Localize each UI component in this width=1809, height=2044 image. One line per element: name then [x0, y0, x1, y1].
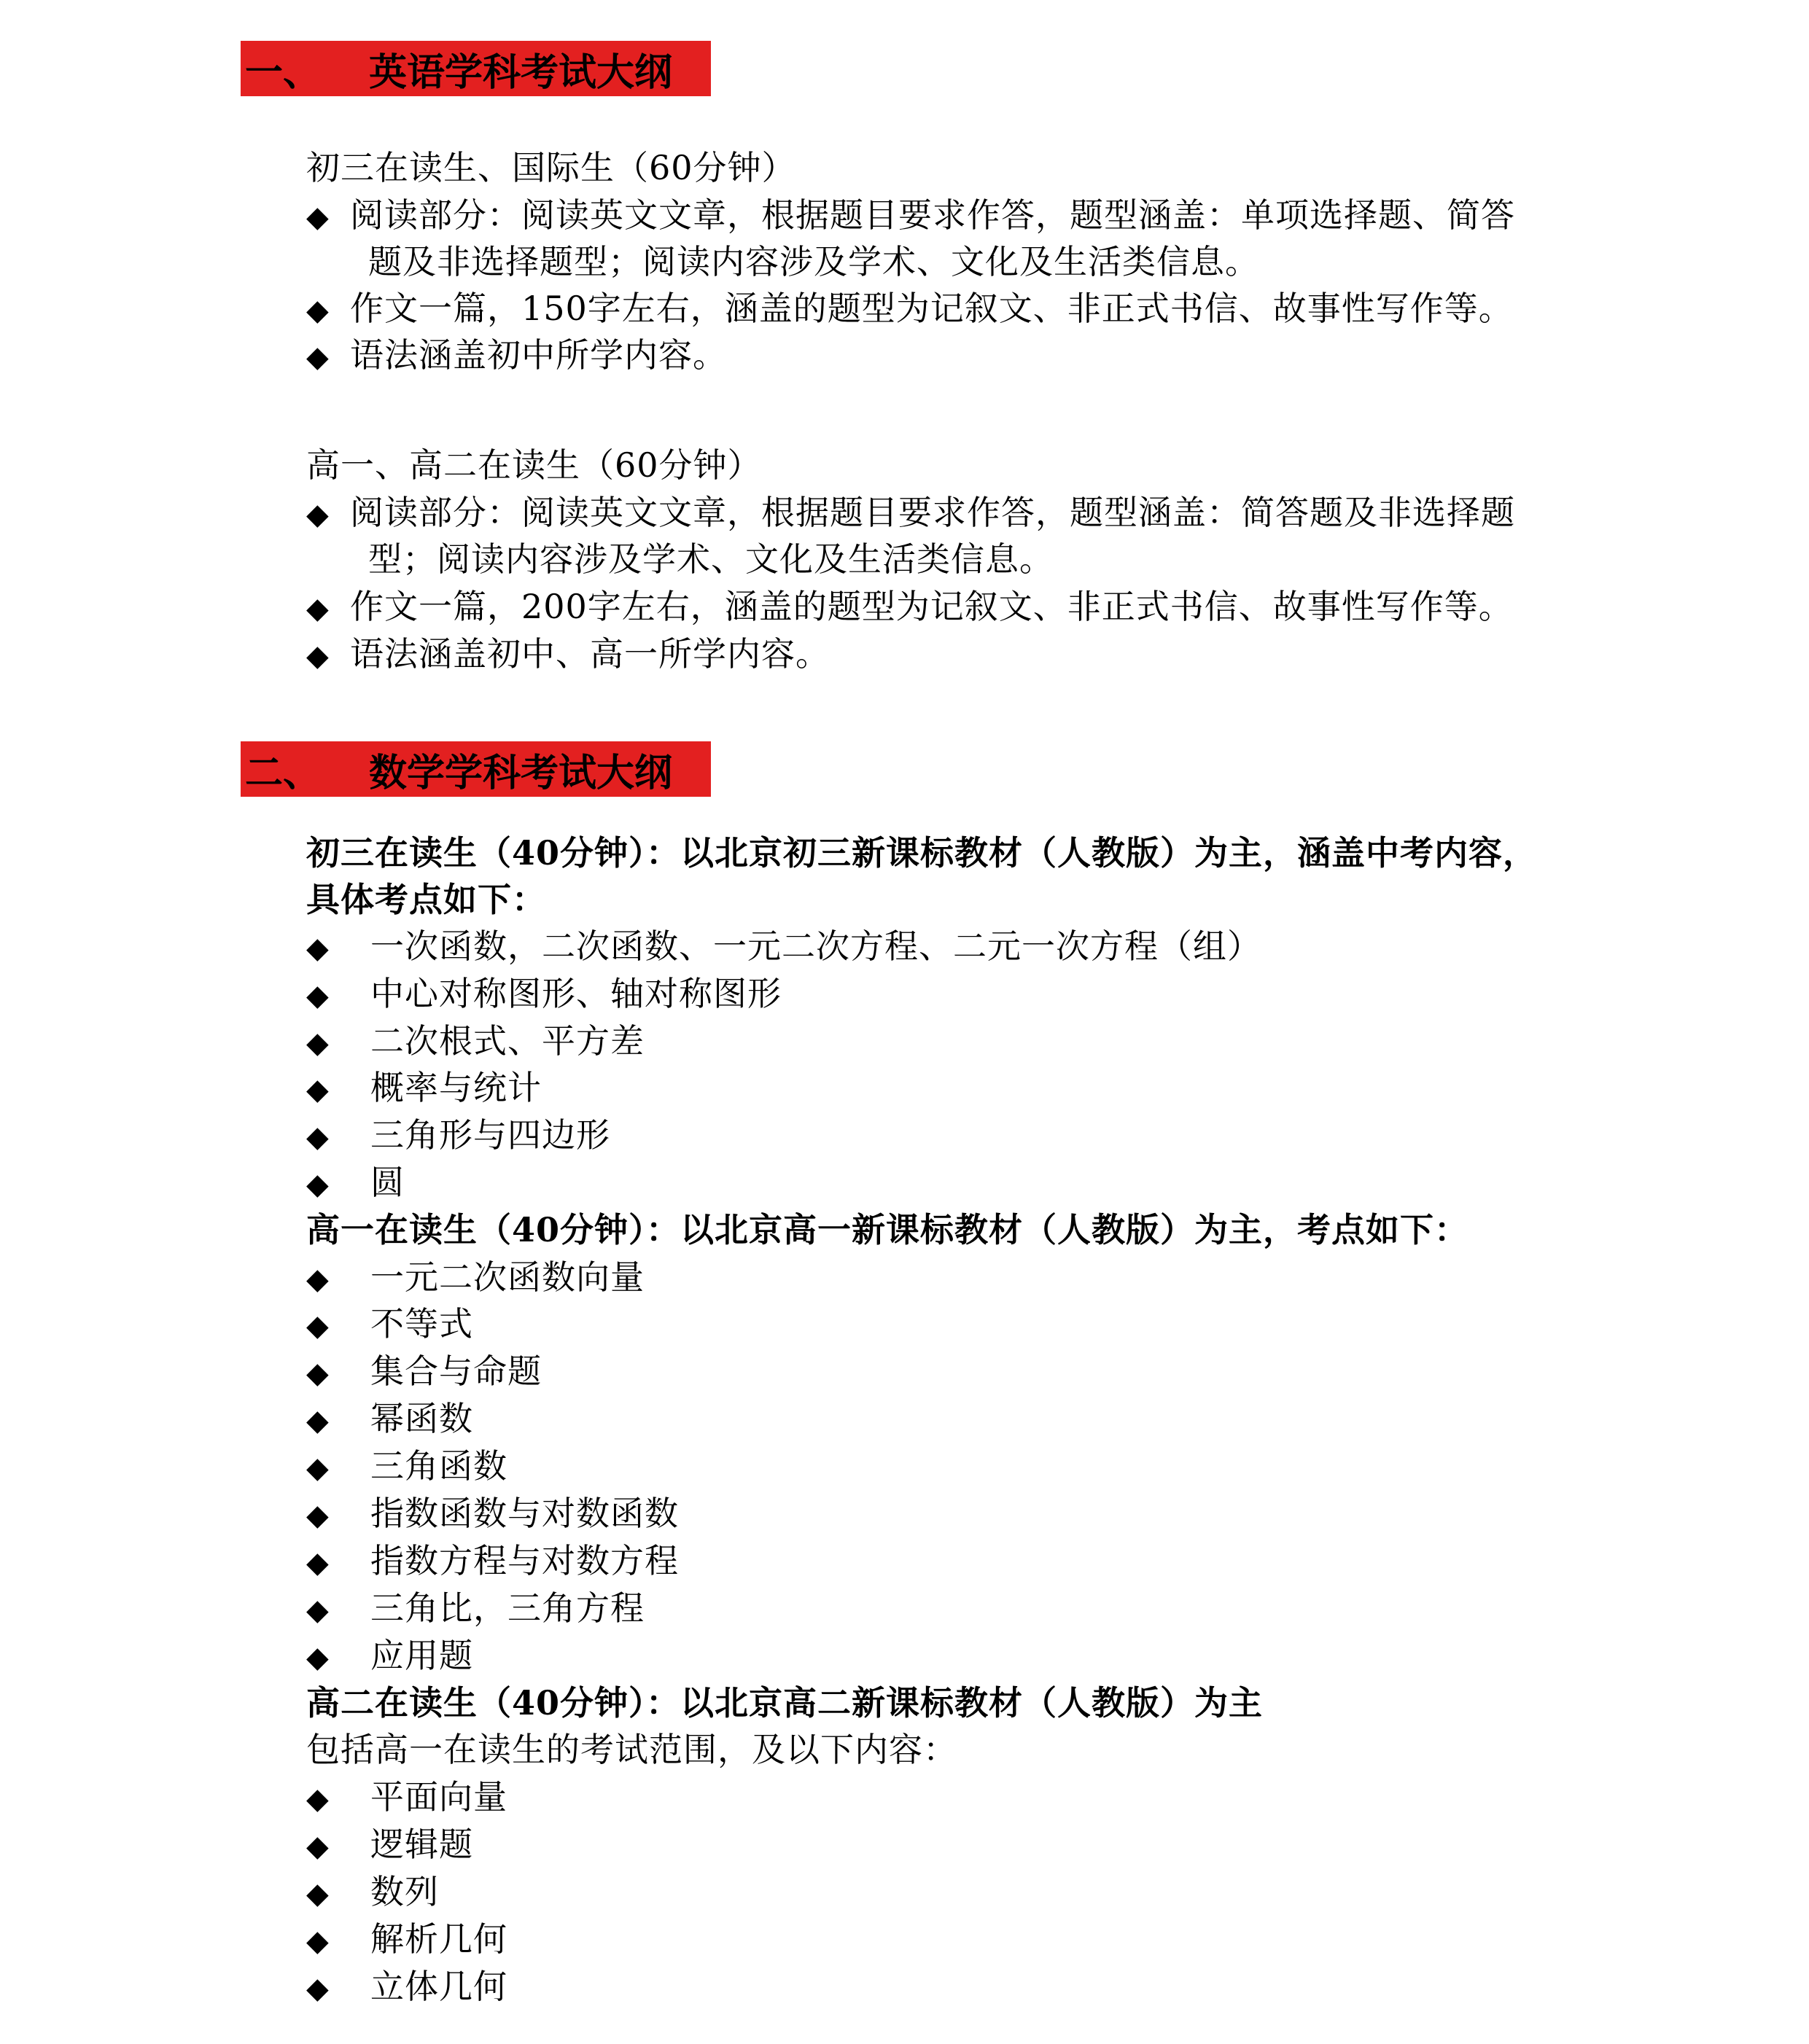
list-item-text: 三角函数 [370, 1446, 507, 1486]
group-subtitle-continuation: 具体考点如下： [306, 876, 546, 923]
section-number: 二、 [245, 742, 369, 797]
list-item: ◆概率与统计 [306, 1064, 542, 1111]
list-item-continuation: 型；阅读内容涉及学术、文化及生活类信息。 [368, 536, 1054, 582]
list-item: ◆逻辑题 [306, 1821, 473, 1868]
list-item-text: 数列 [370, 1872, 439, 1911]
diamond-bullet-icon: ◆ [306, 1161, 370, 1208]
list-item-text: 集合与命题 [370, 1351, 542, 1391]
diamond-bullet-icon: ◆ [306, 1587, 370, 1634]
list-item: ◆语法涵盖初中、高一所学内容。 [306, 631, 830, 677]
list-item: ◆三角函数 [306, 1443, 507, 1489]
diamond-bullet-icon: ◆ [306, 1256, 370, 1303]
list-item: ◆集合与命题 [306, 1348, 542, 1394]
diamond-bullet-icon: ◆ [306, 1965, 370, 2012]
list-item-text: 作文一篇，150字左右，涵盖的题型为记叙文、非正式书信、故事性写作等。 [350, 289, 1513, 328]
list-item-text: 阅读部分：阅读英文文章，根据题目要求作答，题型涵盖：简答题及非选择题 [350, 493, 1515, 532]
list-item-text: 解析几何 [370, 1919, 507, 1959]
list-item: ◆立体几何 [306, 1963, 507, 2010]
diamond-bullet-icon: ◆ [306, 1066, 370, 1113]
list-item-text: 概率与统计 [370, 1068, 542, 1107]
list-item: ◆解析几何 [306, 1916, 507, 1962]
section-number: 一、 [245, 42, 369, 96]
group-subtitle: 初三在读生、国际生（60分钟） [306, 144, 796, 191]
diamond-bullet-icon: ◆ [306, 1492, 370, 1539]
list-item: ◆作文一篇，200字左右，涵盖的题型为记叙文、非正式书信、故事性写作等。 [306, 583, 1513, 630]
list-item-text: 逻辑题 [370, 1825, 473, 1864]
list-item: ◆阅读部分：阅读英文文章，根据题目要求作答，题型涵盖：单项选择题、简答 [306, 192, 1515, 238]
list-item-text: 三角比，三角方程 [370, 1588, 645, 1628]
list-item: ◆幂函数 [306, 1395, 473, 1442]
diamond-bullet-icon: ◆ [306, 972, 370, 1019]
list-item-text: 一元二次函数向量 [370, 1257, 645, 1297]
diamond-bullet-icon: ◆ [306, 1350, 370, 1397]
list-item-continuation: 题及非选择题型；阅读内容涉及学术、文化及生活类信息。 [368, 238, 1259, 285]
list-item-text: 阅读部分：阅读英文文章，根据题目要求作答，题型涵盖：单项选择题、简答 [350, 195, 1515, 235]
diamond-bullet-icon: ◆ [306, 1871, 370, 1917]
list-item-text: 语法涵盖初中所学内容。 [350, 335, 727, 375]
diamond-bullet-icon: ◆ [306, 1303, 370, 1349]
list-item: ◆中心对称图形、轴对称图形 [306, 970, 782, 1017]
list-item-text: 一次函数，二次函数、一元二次方程、二元一次方程（组） [370, 927, 1261, 966]
diamond-bullet-icon: ◆ [306, 1445, 370, 1491]
group-subtitle: 初三在读生（40分钟）：以北京初三新课标教材（人教版）为主，涵盖中考内容， [306, 830, 1537, 876]
section-title: 英语学科考试大纲 [369, 42, 672, 96]
diamond-bullet-icon: ◆ [306, 491, 350, 538]
list-item: ◆作文一篇，150字左右，涵盖的题型为记叙文、非正式书信、故事性写作等。 [306, 285, 1513, 332]
list-item: ◆指数函数与对数函数 [306, 1490, 679, 1537]
list-item: ◆应用题 [306, 1632, 473, 1679]
diamond-bullet-icon: ◆ [306, 287, 350, 334]
diamond-bullet-icon: ◆ [306, 334, 350, 381]
diamond-bullet-icon: ◆ [306, 1823, 370, 1870]
list-item-text: 作文一篇，200字左右，涵盖的题型为记叙文、非正式书信、故事性写作等。 [350, 587, 1513, 626]
list-item: ◆三角形与四边形 [306, 1112, 610, 1158]
diamond-bullet-icon: ◆ [306, 1776, 370, 1822]
diamond-bullet-icon: ◆ [306, 585, 350, 632]
group-subtitle: 高一、高二在读生（60分钟） [306, 442, 762, 488]
list-item-text: 二次根式、平方差 [370, 1021, 645, 1061]
diamond-bullet-icon: ◆ [306, 925, 370, 972]
list-item-text: 立体几何 [370, 1967, 507, 2006]
list-item: ◆圆 [306, 1159, 405, 1206]
list-item: ◆数列 [306, 1868, 439, 1915]
list-item: ◆三角比，三角方程 [306, 1585, 645, 1631]
section-title: 数学学科考试大纲 [369, 742, 672, 797]
diamond-bullet-icon: ◆ [306, 1634, 370, 1681]
list-item-text: 应用题 [370, 1636, 473, 1675]
list-item-text: 圆 [370, 1163, 405, 1202]
list-item: ◆指数方程与对数方程 [306, 1537, 679, 1584]
list-item-text: 中心对称图形、轴对称图形 [370, 974, 782, 1013]
diamond-bullet-icon: ◆ [306, 633, 350, 679]
diamond-bullet-icon: ◆ [306, 1020, 370, 1066]
group-subtitle: 高一在读生（40分钟）：以北京高一新课标教材（人教版）为主，考点如下： [306, 1206, 1468, 1253]
list-item-text: 三角形与四边形 [370, 1115, 610, 1155]
diamond-bullet-icon: ◆ [306, 1540, 370, 1586]
list-item-text: 不等式 [370, 1304, 473, 1343]
diamond-bullet-icon: ◆ [306, 194, 350, 241]
section-heading-math: 二、 数学学科考试大纲 [241, 741, 711, 797]
diamond-bullet-icon: ◆ [306, 1397, 370, 1444]
list-item: ◆二次根式、平方差 [306, 1018, 645, 1064]
list-item-text: 幂函数 [370, 1399, 473, 1438]
list-item: ◆平面向量 [306, 1774, 507, 1820]
list-item: ◆一元二次函数向量 [306, 1254, 645, 1300]
list-item: ◆语法涵盖初中所学内容。 [306, 332, 727, 378]
diamond-bullet-icon: ◆ [306, 1918, 370, 1965]
group-subtitle: 高二在读生（40分钟）：以北京高二新课标教材（人教版）为主 [306, 1680, 1263, 1726]
list-item: ◆不等式 [306, 1300, 473, 1347]
list-item-text: 平面向量 [370, 1777, 507, 1817]
group-subtitle-continuation: 包括高一在读生的考试范围，及以下内容： [306, 1726, 957, 1773]
list-item: ◆一次函数，二次函数、一元二次方程、二元一次方程（组） [306, 923, 1261, 970]
list-item: ◆阅读部分：阅读英文文章，根据题目要求作答，题型涵盖：简答题及非选择题 [306, 489, 1515, 536]
section-heading-english: 一、 英语学科考试大纲 [241, 41, 711, 96]
diamond-bullet-icon: ◆ [306, 1114, 370, 1161]
list-item-text: 指数方程与对数方程 [370, 1541, 679, 1580]
list-item-text: 语法涵盖初中、高一所学内容。 [350, 634, 830, 674]
list-item-text: 指数函数与对数函数 [370, 1494, 679, 1533]
